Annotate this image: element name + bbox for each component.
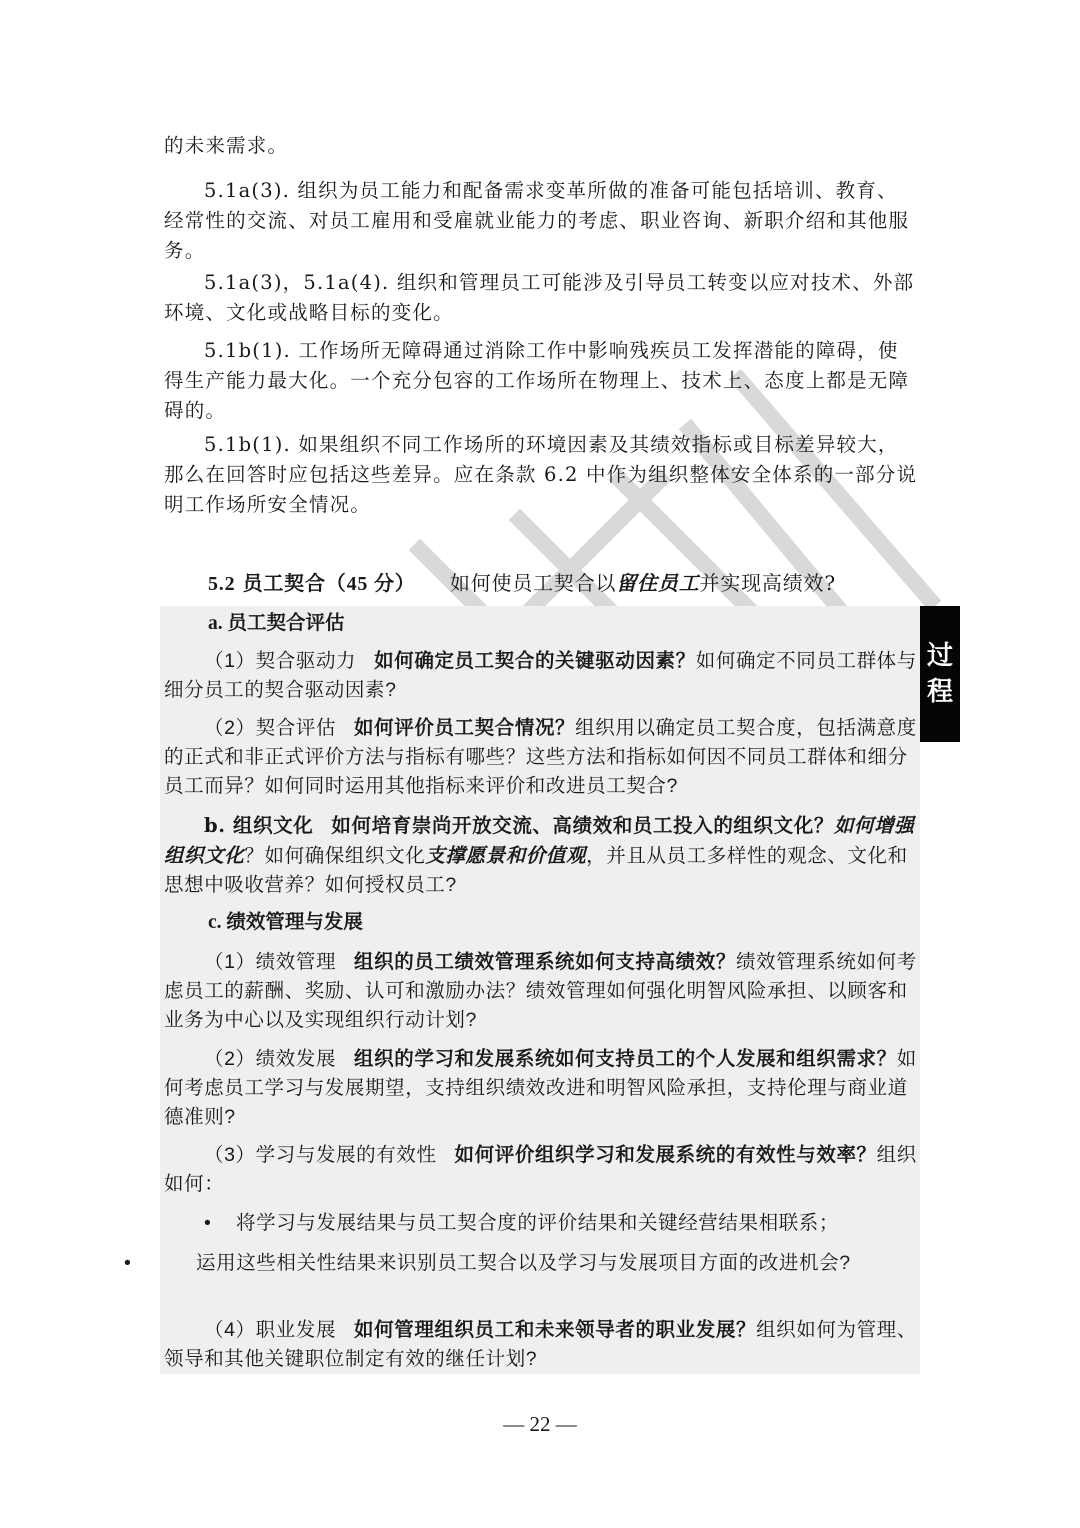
paragraph-5-1b1-accessibility: 5.1b(1). 工作场所无障碍通过消除工作中影响残疾员工发挥潜能的障碍，使得生… (164, 336, 918, 426)
section-question-prefix: 如何使员工契合以 (450, 571, 616, 595)
bullet-text-1: 将学习与发展结果与员工契合度的评价结果和关键经营结果相联系； (236, 1212, 839, 1234)
paragraph-5-1a3: 5.1a(3). 组织为员工能力和配备需求变革所做的准备可能包括培训、教育、经常… (164, 176, 918, 266)
paragraph-continued: 的未来需求。 (164, 131, 918, 161)
item-a1: （1）契合驱动力如何确定员工契合的关键驱动因素？如何确定不同员工群体与细分员工的… (164, 647, 918, 705)
item-b-emphasis-2: 支撑愿景和价值观 (425, 844, 586, 867)
item-c4: （4）职业发展如何管理组织员工和未来领导者的职业发展？组织如何为管理、领导和其他… (164, 1316, 918, 1374)
item-c3: （3）学习与发展的有效性如何评价组织学习和发展系统的有效性与效率？组织如何： (164, 1141, 918, 1199)
side-tab-process: 过 程 (920, 606, 960, 742)
item-c2-label: （2）绩效发展 (204, 1048, 336, 1070)
item-c1-question: 组织的员工绩效管理系统如何支持高绩效？ (354, 951, 736, 973)
subheading-c: c. 绩效管理与发展 (208, 907, 363, 938)
item-c3-label: （3）学习与发展的有效性 (204, 1144, 437, 1166)
item-a1-label: （1）契合驱动力 (204, 650, 356, 672)
item-b-label: b. 组织文化 (204, 814, 313, 837)
item-b-mid: ？如何确保组织文化 (244, 845, 425, 867)
item-a1-question: 如何确定员工契合的关键驱动因素？ (374, 650, 696, 672)
section-question-emphasis: 留住员工 (616, 571, 699, 595)
section-title: 员工契合（45 分） (243, 573, 416, 595)
section-number: 5.2 (208, 573, 235, 595)
item-c2-question: 组织的学习和发展系统如何支持员工的个人发展和组织需求？ (354, 1048, 897, 1070)
item-c4-question: 如何管理组织员工和未来领导者的职业发展？ (354, 1319, 756, 1341)
item-a2-question: 如何评价员工契合情况？ (354, 717, 575, 739)
item-a2-label: （2）契合评估 (204, 717, 336, 739)
subheading-a: a. 员工契合评估 (208, 608, 345, 639)
bullet-dot-icon: • (164, 1249, 196, 1278)
paragraph-5-1a3-5-1a4: 5.1a(3)，5.1a(4). 组织和管理员工可能涉及引导员工转变以应对技术、… (164, 268, 918, 328)
item-c4-label: （4）职业发展 (204, 1319, 336, 1341)
bullet-item-1: •将学习与发展结果与员工契合度的评价结果和关键经营结果相联系； (204, 1209, 918, 1238)
bullet-dot-icon: • (204, 1209, 236, 1238)
section-heading-5-2: 5.2 员工契合（45 分） 如何使员工契合以留住员工并实现高绩效? (208, 568, 836, 599)
side-tab-char-1: 过 (920, 638, 960, 674)
bullet-text-2: 运用这些相关性结果来识别员工契合以及学习与发展项目方面的改进机会? (196, 1252, 851, 1274)
item-b: b. 组织文化如何培育崇尚开放交流、高绩效和员工投入的组织文化？如何增强组织文化… (164, 811, 918, 900)
side-tab-char-2: 程 (920, 674, 960, 710)
item-a2: （2）契合评估如何评价员工契合情况？组织用以确定员工契合度，包括满意度的正式和非… (164, 714, 918, 801)
item-c3-question: 如何评价组织学习和发展系统的有效性与效率？ (455, 1144, 877, 1166)
paragraph-5-1b1-environment: 5.1b(1). 如果组织不同工作场所的环境因素及其绩效指标或目标差异较大，那么… (164, 430, 918, 520)
item-c1-label: （1）绩效管理 (204, 951, 336, 973)
subheading-c-label: c. 绩效管理与发展 (208, 912, 363, 933)
item-b-question: 如何培育崇尚开放交流、高绩效和员工投入的组织文化？ (331, 815, 834, 837)
bullet-item-2: •运用这些相关性结果来识别员工契合以及学习与发展项目方面的改进机会? (164, 1249, 918, 1278)
item-c1: （1）绩效管理组织的员工绩效管理系统如何支持高绩效？绩效管理系统如何考虑员工的薪… (164, 948, 918, 1035)
item-c2: （2）绩效发展组织的学习和发展系统如何支持员工的个人发展和组织需求？如何考虑员工… (164, 1045, 918, 1132)
section-question-suffix: 并实现高绩效? (700, 571, 836, 595)
subheading-a-label: a. 员工契合评估 (208, 613, 345, 634)
page-number: — 22 — (0, 1412, 1080, 1437)
